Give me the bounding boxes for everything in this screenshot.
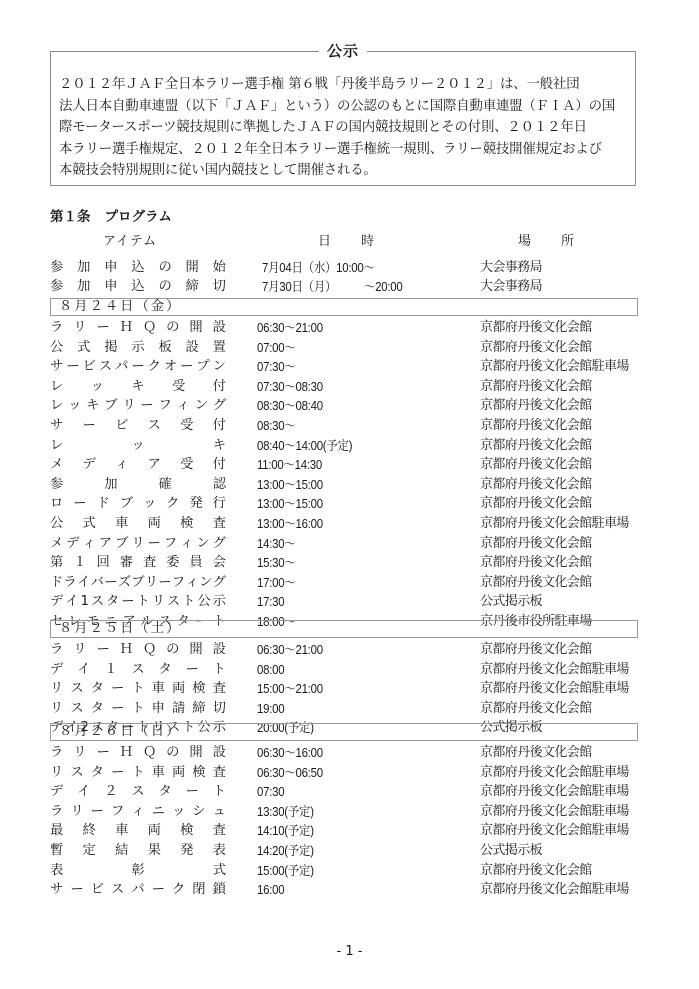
schedule-row: 表彰式15:00(予定)京都府丹後文化会館 bbox=[50, 861, 650, 880]
item-label: 表彰式 bbox=[50, 861, 226, 880]
datetime-cell: 17:00～ bbox=[257, 573, 295, 592]
column-header-place-char: 場 bbox=[518, 233, 531, 251]
column-header-datetime: 日時 bbox=[318, 233, 374, 251]
schedule-row: サービス受付08:30～京都府丹後文化会館 bbox=[50, 416, 650, 435]
article-number: 第１条 bbox=[50, 209, 91, 225]
place-cell: 京都府丹後文化会館 bbox=[480, 743, 592, 762]
datetime-cell: 15:00(予定) bbox=[257, 861, 314, 880]
datetime-cell: 13:00～15:00 bbox=[257, 475, 323, 494]
place-cell: 京都府丹後文化会館 bbox=[480, 699, 592, 718]
place-cell: 京都府丹後文化会館 bbox=[480, 318, 592, 337]
item-label: ラリーＨＱの開設 bbox=[50, 640, 226, 659]
schedule-row: 暫定結果発表14:20(予定)公式掲示板 bbox=[50, 841, 650, 860]
schedule-row: リスタート車両検査15:00～21:00京都府丹後文化会館駐車場 bbox=[50, 679, 650, 698]
place-cell: 京都府丹後文化会館 bbox=[480, 338, 592, 357]
item-label: 公式掲示板設置 bbox=[50, 338, 226, 357]
item-label: デイ１スタート bbox=[50, 660, 226, 679]
schedule-row: リスタート車両検査06:30～06:50京都府丹後文化会館駐車場 bbox=[50, 763, 650, 782]
day-header: ８月２６日（日） bbox=[50, 723, 638, 741]
schedule-row: ラリーＨＱの開設06:30～16:00京都府丹後文化会館 bbox=[50, 743, 650, 762]
schedule-row: メディアブリーフィング14:30～京都府丹後文化会館 bbox=[50, 534, 650, 553]
datetime-cell: 19:00 bbox=[257, 699, 284, 718]
place-cell: 京都府丹後文化会館 bbox=[480, 377, 592, 396]
place-cell: 京都府丹後文化会館 bbox=[480, 494, 592, 513]
column-header-datetime-char: 時 bbox=[361, 233, 374, 251]
place-cell: 京都府丹後文化会館駐車場 bbox=[480, 880, 629, 899]
place-cell: 大会事務局 bbox=[480, 277, 542, 296]
schedule-row: ドライバーズブリーフィング17:00～京都府丹後文化会館 bbox=[50, 573, 650, 592]
datetime-cell: 06:30～21:00 bbox=[257, 640, 323, 659]
datetime-cell: 14:30～ bbox=[257, 534, 295, 553]
item-label: デイ1スタートリスト公示 bbox=[50, 592, 226, 611]
datetime-cell: 16:00 bbox=[257, 880, 284, 899]
column-header-item: アイテム bbox=[103, 233, 157, 251]
item-label: メディアブリーフィング bbox=[50, 534, 226, 553]
notice-box: 公示 ２０１２年ＪＡＦ全日本ラリー選手権 第６戦「丹後半島ラリー２０１２」は、一… bbox=[50, 51, 636, 186]
place-cell: 京都府丹後文化会館 bbox=[480, 436, 592, 455]
place-cell: 京都府丹後文化会館駐車場 bbox=[480, 802, 629, 821]
schedule-row: レッキ08:40～14:00(予定)京都府丹後文化会館 bbox=[50, 436, 650, 455]
page-number: - 1 - bbox=[0, 944, 699, 960]
schedule-row: 公式掲示板設置07:00～京都府丹後文化会館 bbox=[50, 338, 650, 357]
item-label: レッキ受付 bbox=[50, 377, 226, 396]
item-label: ラリーＨＱの開設 bbox=[50, 318, 226, 337]
datetime-cell: 08:00 bbox=[257, 660, 284, 679]
place-cell: 公式掲示板 bbox=[480, 841, 542, 860]
item-label: デイ２スタート bbox=[50, 782, 226, 801]
datetime-cell: 07:00～ bbox=[257, 338, 295, 357]
item-label: リスタート申請締切 bbox=[50, 699, 226, 718]
column-header-datetime-char: 日 bbox=[318, 233, 331, 251]
datetime-cell: 06:30～21:00 bbox=[257, 318, 323, 337]
datetime-cell: 06:30～06:50 bbox=[257, 763, 323, 782]
schedule-row: リスタート申請締切19:00京都府丹後文化会館 bbox=[50, 699, 650, 718]
section-heading: 第１条プログラム bbox=[50, 208, 172, 226]
place-cell: 京都府丹後文化会館駐車場 bbox=[480, 763, 629, 782]
column-header-place-char: 所 bbox=[561, 233, 574, 251]
datetime-cell: 14:20(予定) bbox=[257, 841, 314, 860]
schedule-row: 参加確認13:00～15:00京都府丹後文化会館 bbox=[50, 475, 650, 494]
place-cell: 京都府丹後文化会館駐車場 bbox=[480, 782, 629, 801]
item-label: ラリーフィニッシュ bbox=[50, 802, 226, 821]
schedule-row: ラリーＨＱの開設06:30～21:00京都府丹後文化会館 bbox=[50, 640, 650, 659]
item-label: 最終車両検査 bbox=[50, 821, 226, 840]
item-label: 参加確認 bbox=[50, 475, 226, 494]
column-header-place: 場所 bbox=[518, 233, 574, 251]
place-cell: 京都府丹後文化会館 bbox=[480, 573, 592, 592]
place-cell: 京都府丹後文化会館 bbox=[480, 396, 592, 415]
place-cell: 京都府丹後文化会館 bbox=[480, 534, 592, 553]
schedule-row: デイ１スタート08:00京都府丹後文化会館駐車場 bbox=[50, 660, 650, 679]
datetime-cell: 14:10(予定) bbox=[257, 821, 314, 840]
schedule-row: ロードブック発行13:00～15:00京都府丹後文化会館 bbox=[50, 494, 650, 513]
schedule-row: レッキ受付07:30～08:30京都府丹後文化会館 bbox=[50, 377, 650, 396]
item-label: サービスパーク閉鎖 bbox=[50, 880, 226, 899]
datetime-cell: 07:30～ bbox=[257, 357, 295, 376]
item-label: 第１回審査委員会 bbox=[50, 553, 226, 572]
schedule-row: メディア受付11:00～14:30京都府丹後文化会館 bbox=[50, 455, 650, 474]
place-cell: 京都府丹後文化会館 bbox=[480, 640, 592, 659]
place-cell: 京都府丹後文化会館 bbox=[480, 416, 592, 435]
item-label: ドライバーズブリーフィング bbox=[50, 573, 226, 592]
schedule-row: 参加申込の締切7月30日（月） ～20:00大会事務局 bbox=[50, 277, 650, 296]
schedule-row: デイ２スタート07:30京都府丹後文化会館駐車場 bbox=[50, 782, 650, 801]
item-label: リスタート車両検査 bbox=[50, 763, 226, 782]
item-label: 参加申込の締切 bbox=[50, 277, 226, 296]
place-cell: 京都府丹後文化会館 bbox=[480, 475, 592, 494]
place-cell: 京都府丹後文化会館 bbox=[480, 553, 592, 572]
schedule-row: 第１回審査委員会15:30～京都府丹後文化会館 bbox=[50, 553, 650, 572]
place-cell: 京都府丹後文化会館 bbox=[480, 455, 592, 474]
schedule-row: デイ1スタートリスト公示17:30公式掲示板 bbox=[50, 592, 650, 611]
item-label: ラリーＨＱの開設 bbox=[50, 743, 226, 762]
day-header: ８月２５日（土） bbox=[50, 620, 638, 638]
place-cell: 京都府丹後文化会館駐車場 bbox=[480, 821, 629, 840]
place-cell: 京都府丹後文化会館駐車場 bbox=[480, 514, 629, 533]
schedule-row: 参加申込の開始7月04日（水）10:00～大会事務局 bbox=[50, 258, 650, 277]
item-label: リスタート車両検査 bbox=[50, 679, 226, 698]
place-cell: 京都府丹後文化会館 bbox=[480, 861, 592, 880]
item-label: レッキ bbox=[50, 436, 226, 455]
datetime-cell: 11:00～14:30 bbox=[257, 455, 322, 474]
item-label: サービス受付 bbox=[50, 416, 226, 435]
schedule-row: サービスパークオープン07:30～京都府丹後文化会館駐車場 bbox=[50, 357, 650, 376]
item-label: 暫定結果発表 bbox=[50, 841, 226, 860]
schedule-row: サービスパーク閉鎖16:00京都府丹後文化会館駐車場 bbox=[50, 880, 650, 899]
datetime-cell: 06:30～16:00 bbox=[257, 743, 323, 762]
place-cell: 公式掲示板 bbox=[480, 592, 542, 611]
place-cell: 京都府丹後文化会館駐車場 bbox=[480, 357, 629, 376]
notice-body: ２０１２年ＪＡＦ全日本ラリー選手権 第６戦「丹後半島ラリー２０１２」は、一般社団… bbox=[59, 74, 629, 182]
schedule-row: ラリーＨＱの開設06:30～21:00京都府丹後文化会館 bbox=[50, 318, 650, 337]
place-cell: 京都府丹後文化会館駐車場 bbox=[480, 679, 629, 698]
datetime-cell: 08:30～08:40 bbox=[257, 396, 323, 415]
datetime-cell: 08:40～14:00(予定) bbox=[257, 436, 352, 455]
datetime-cell: 08:30～ bbox=[257, 416, 295, 435]
day-header: ８月２４日（金） bbox=[50, 298, 638, 316]
item-label: 公式車両検査 bbox=[50, 514, 226, 533]
datetime-cell: 7月30日（月） ～20:00 bbox=[262, 277, 402, 296]
datetime-cell: 13:00～16:00 bbox=[257, 514, 323, 533]
place-cell: 大会事務局 bbox=[480, 258, 542, 277]
item-label: ロードブック発行 bbox=[50, 494, 226, 513]
item-label: 参加申込の開始 bbox=[50, 258, 226, 277]
schedule-row: ラリーフィニッシュ13:30(予定)京都府丹後文化会館駐車場 bbox=[50, 802, 650, 821]
datetime-cell: 15:00～21:00 bbox=[257, 679, 323, 698]
schedule-row: 公式車両検査13:00～16:00京都府丹後文化会館駐車場 bbox=[50, 514, 650, 533]
item-label: レッキブリーフィング bbox=[50, 396, 226, 415]
datetime-cell: 13:00～15:00 bbox=[257, 494, 323, 513]
place-cell: 京都府丹後文化会館駐車場 bbox=[480, 660, 629, 679]
datetime-cell: 15:30～ bbox=[257, 553, 295, 572]
datetime-cell: 07:30～08:30 bbox=[257, 377, 323, 396]
schedule-row: 最終車両検査14:10(予定)京都府丹後文化会館駐車場 bbox=[50, 821, 650, 840]
datetime-cell: 13:30(予定) bbox=[257, 802, 314, 821]
datetime-cell: 7月04日（水）10:00～ bbox=[262, 258, 375, 277]
section-title: プログラム bbox=[105, 209, 172, 225]
item-label: メディア受付 bbox=[50, 455, 226, 474]
notice-title: 公示 bbox=[319, 40, 367, 62]
schedule-row: レッキブリーフィング08:30～08:40京都府丹後文化会館 bbox=[50, 396, 650, 415]
datetime-cell: 17:30 bbox=[257, 592, 284, 611]
item-label: サービスパークオープン bbox=[50, 357, 226, 376]
datetime-cell: 07:30 bbox=[257, 782, 284, 801]
